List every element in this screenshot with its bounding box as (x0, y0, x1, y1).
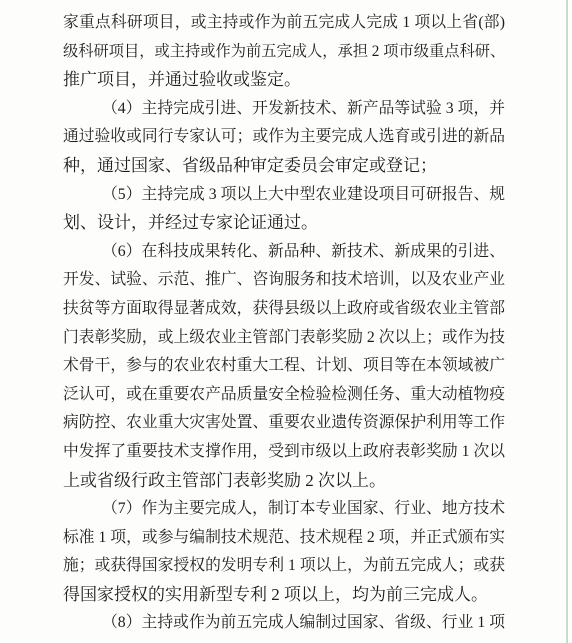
text-line: 门表彰奖励，或上级农业主管部门表彰奖励 2 次以上；或作为技 (63, 324, 505, 353)
text-line: （7）作为主要完成人，制订本专业国家、行业、地方技术 (63, 495, 505, 524)
paragraph-item-4: （4）主持完成引进、开发新技术、新产品等试验 3 项，并 通过验收或同行专家认可… (63, 95, 505, 181)
paragraph-item-5: （5）主持完成 3 项以上大中型农业建设项目可研报告、规 划、设计，并经过专家论… (63, 181, 505, 238)
text-line: 家重点科研项目，或主持或作为前五完成人完成 1 项以上省(部) (63, 9, 505, 38)
text-line: （6）在科技成果转化、新品种、新技术、新成果的引进、 (63, 238, 505, 267)
document-page: 家重点科研项目，或主持或作为前五完成人完成 1 项以上省(部) 级科研项目，或主… (0, 0, 572, 643)
text-line: 得国家授权的实用新型专利 2 项以上，均为前三完成人。 (63, 581, 505, 610)
text-line: 开发、试验、示范、推广、咨询服务和技术培训，以及农业产业 (63, 266, 505, 295)
text-line: （8）主持或作为前五完成人编制过国家、省级、行业 1 项 (63, 609, 505, 638)
text-line: 术骨干，参与的农业农村重大工程、计划、项目等在本领域被广 (63, 352, 505, 381)
paragraph-item-7: （7）作为主要完成人，制订本专业国家、行业、地方技术 标准 1 项，或参与编制技… (63, 495, 505, 609)
text-line: 种，通过国家、省级品种审定委员会审定或登记； (63, 152, 505, 181)
text-line: 扶贫等方面取得显著成效，获得县级以上政府或省级农业主管部 (63, 295, 505, 324)
text-line: （4）主持完成引进、开发新技术、新产品等试验 3 项，并 (63, 95, 505, 124)
text-line: 中发挥了重要技术支撑作用，受到市级以上政府表彰奖励 1 次以 (63, 438, 505, 467)
paragraph-item-6: （6）在科技成果转化、新品种、新技术、新成果的引进、 开发、试验、示范、推广、咨… (63, 238, 505, 495)
text-line: 级科研项目，或主持或作为前五完成人，承担 2 项市级重点科研、 (63, 38, 505, 67)
text-line: 施；或获得国家授权的发明专利 1 项以上，为前五完成人；或获 (63, 552, 505, 581)
text-line: 推广项目，并通过验收或鉴定。 (63, 66, 505, 95)
text-line: 通过验收或同行专家认可；或作为主要完成人选育或引进的新品 (63, 123, 505, 152)
scan-edge-artifact (566, 0, 568, 643)
document-text-block: 家重点科研项目，或主持或作为前五完成人完成 1 项以上省(部) 级科研项目，或主… (63, 9, 505, 638)
text-line: 病防控、农业重大灾害处置、重要农业遗传资源保护利用等工作 (63, 409, 505, 438)
text-line: 泛认可，或在重要农产品质量安全检验检测任务、重大动植物疫 (63, 381, 505, 410)
text-line: 上或省级行政主管部门表彰奖励 2 次以上。 (63, 467, 505, 496)
paragraph-item-8: （8）主持或作为前五完成人编制过国家、省级、行业 1 项 (63, 609, 505, 638)
text-line: 划、设计，并经过专家论证通过。 (63, 209, 505, 238)
text-line: （5）主持完成 3 项以上大中型农业建设项目可研报告、规 (63, 181, 505, 210)
paragraph-continuation: 家重点科研项目，或主持或作为前五完成人完成 1 项以上省(部) 级科研项目，或主… (63, 9, 505, 95)
text-line: 标准 1 项，或参与编制技术规范、技术规程 2 项，并正式颁布实 (63, 524, 505, 553)
